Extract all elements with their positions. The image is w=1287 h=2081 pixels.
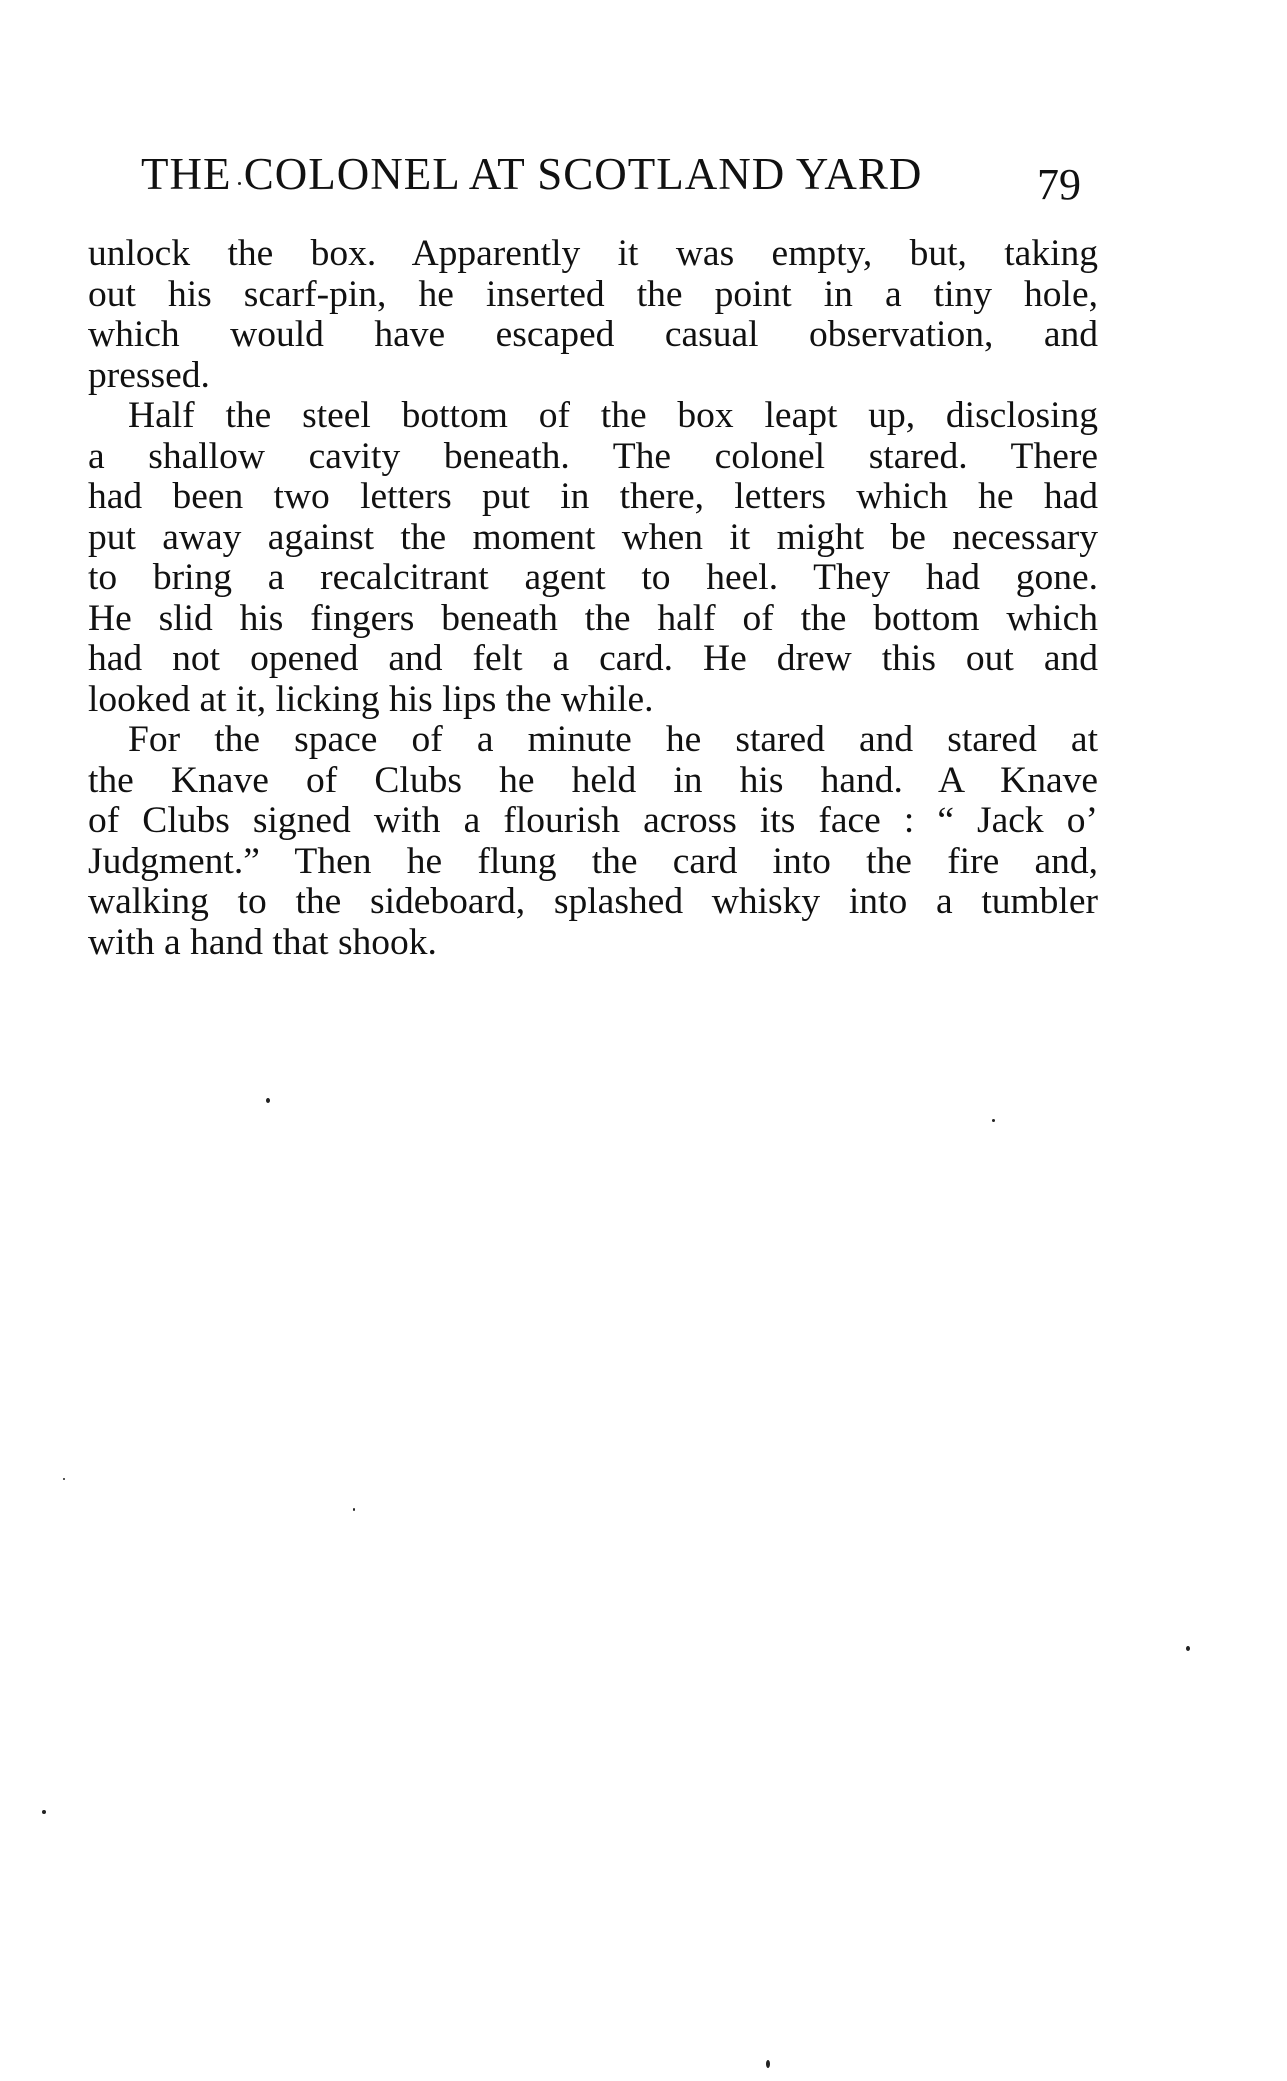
text-line: unlock the box. Apparently it was empty,… — [88, 234, 1098, 275]
page-number: 79 — [1037, 157, 1081, 213]
scan-speck — [766, 2060, 770, 2068]
text-line: a shallow cavity beneath. The colonel st… — [88, 437, 1098, 478]
scan-speck — [353, 1508, 355, 1511]
text-line: For the space of a minute he stared and … — [88, 720, 1098, 761]
scan-speck — [42, 1810, 46, 1814]
text-line: put away against the moment when it migh… — [88, 518, 1098, 559]
scan-speck — [992, 1119, 995, 1122]
text-line: Half the steel bottom of the box leapt u… — [88, 396, 1098, 437]
scan-speck — [238, 182, 241, 185]
text-line: looked at it, licking his lips the while… — [88, 680, 1098, 721]
running-header: THE COLONEL AT SCOTLAND YARD 79 — [141, 146, 1081, 203]
paragraph-3: For the space of a minute he stared and … — [88, 720, 1098, 963]
chapter-title: THE COLONEL AT SCOTLAND YARD — [141, 146, 922, 202]
text-line: Judgment.” Then he flung the card into t… — [88, 842, 1098, 883]
text-line: with a hand that shook. — [88, 923, 1098, 964]
scan-speck — [1186, 1646, 1190, 1651]
paragraph-1: unlock the box. Apparently it was empty,… — [88, 234, 1098, 396]
text-line: pressed. — [88, 356, 1098, 397]
text-line: had not opened and felt a card. He drew … — [88, 639, 1098, 680]
scan-speck — [266, 1098, 270, 1103]
text-line: to bring a recalcitrant agent to heel. T… — [88, 558, 1098, 599]
text-line: which would have escaped casual observat… — [88, 315, 1098, 356]
scan-speck — [63, 1478, 65, 1480]
paragraph-2: Half the steel bottom of the box leapt u… — [88, 396, 1098, 720]
text-line: the Knave of Clubs he held in his hand. … — [88, 761, 1098, 802]
text-line: had been two letters put in there, lette… — [88, 477, 1098, 518]
text-line: walking to the sideboard, splashed whisk… — [88, 882, 1098, 923]
body-text: unlock the box. Apparently it was empty,… — [88, 234, 1098, 963]
book-page: THE COLONEL AT SCOTLAND YARD 79 unlock t… — [0, 0, 1287, 2081]
text-line: out his scarf-pin, he inserted the point… — [88, 275, 1098, 316]
text-line: of Clubs signed with a flourish across i… — [88, 801, 1098, 842]
text-line: He slid his fingers beneath the half of … — [88, 599, 1098, 640]
